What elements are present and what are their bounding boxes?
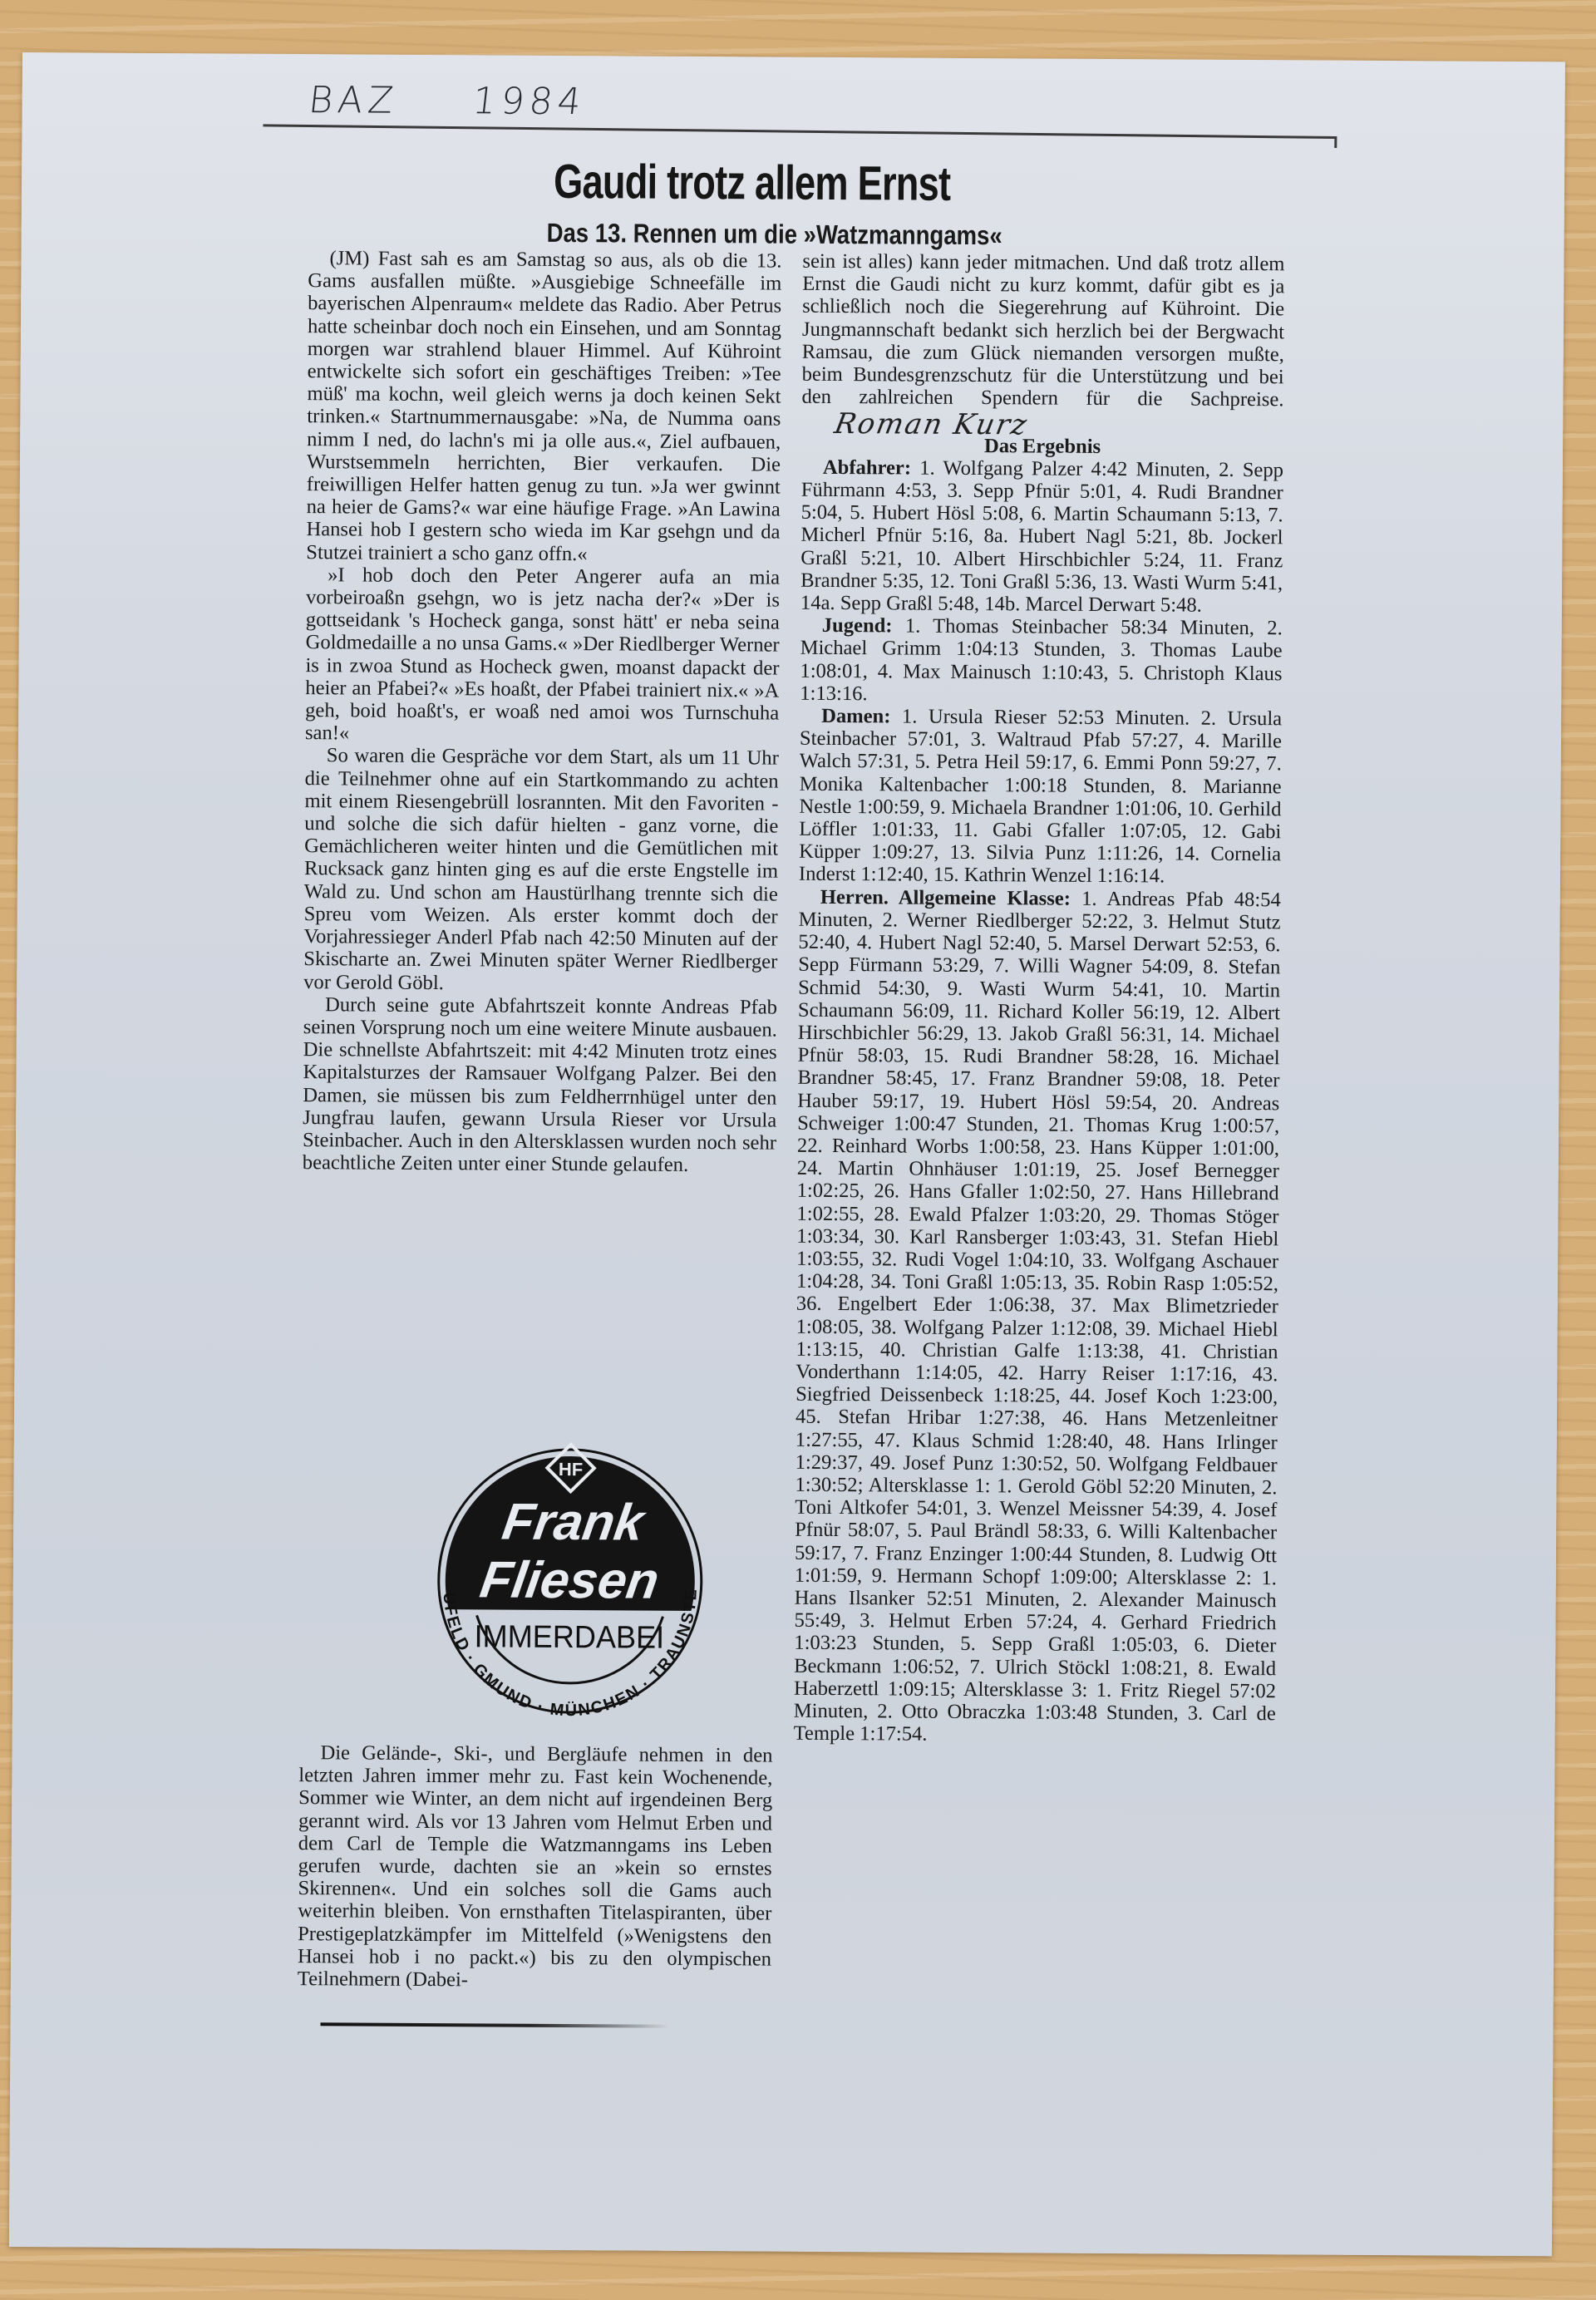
- left-column-top: (JM) Fast sah es am Samstag so aus, als …: [303, 247, 782, 1177]
- results-text: 1. Ursula Rieser 52:53 Minuten. 2. Ursul…: [799, 706, 1282, 888]
- svg-text:Frank: Frank: [499, 1494, 650, 1552]
- results-list: Abfahrer: 1. Wolfgang Palzer 4:42 Minute…: [794, 456, 1283, 1748]
- paragraph: (JM) Fast sah es am Samstag so aus, als …: [306, 247, 781, 566]
- article-headline: Gaudi trotz allem Ernst: [554, 154, 951, 212]
- right-column: sein ist alles) kann jeder mitmachen. Un…: [794, 250, 1285, 1748]
- handwritten-note: BAZ1984: [307, 79, 589, 123]
- svg-text:IMMERDABEI: IMMERDABEI: [474, 1618, 664, 1654]
- results-text: 1. Andreas Pfab 48:54 Minuten, 2. Werner…: [794, 887, 1281, 1745]
- handwritten-source: BAZ: [307, 79, 401, 122]
- paragraph: Durch seine gute Abfahrtszeit konnte And…: [303, 993, 777, 1177]
- results-category: Jugend:: [822, 614, 905, 638]
- article-subheadline: Das 13. Rennen um die »Watzmanngams«: [547, 218, 1002, 251]
- paragraph: So waren die Gespräche vor dem Start, al…: [303, 745, 779, 997]
- results-category: Damen:: [821, 705, 902, 728]
- author-signature: Roman Kurz: [833, 413, 1030, 437]
- results-category: Herren. Allgemeine Klasse:: [820, 886, 1081, 910]
- paragraph-intro: sein ist alles) kann jeder mitmachen. Un…: [801, 250, 1284, 436]
- newspaper-clipping: BAZ1984 Gaudi trotz allem Ernst Das 13. …: [9, 52, 1565, 2256]
- paragraph: »I hob doch den Peter Angerer aufa an mi…: [305, 564, 780, 747]
- results-category: Abfahrer:: [823, 456, 919, 480]
- results-paragraph: Abfahrer: 1. Wolfgang Palzer 4:42 Minute…: [800, 456, 1283, 618]
- bottom-divider-line: [321, 2022, 670, 2028]
- handwritten-year: 1984: [470, 80, 589, 123]
- left-column-bottom: Die Gelände-, Ski-, und Bergläufe nehmen…: [298, 1741, 773, 1993]
- frank-fliesen-logo: HF Frank Fliesen IMMERDABEI NEUFELD · GM…: [403, 1422, 737, 1723]
- intro-text: sein ist alles) kann jeder mitmachen. Un…: [801, 250, 1284, 411]
- top-divider-line: [263, 124, 1335, 139]
- results-paragraph: Herren. Allgemeine Klasse: 1. Andreas Pf…: [794, 885, 1281, 1747]
- results-paragraph: Damen: 1. Ursula Rieser 52:53 Minuten. 2…: [799, 705, 1282, 889]
- paragraph: Die Gelände-, Ski-, und Bergläufe nehmen…: [298, 1741, 773, 1993]
- svg-text:Fliesen: Fliesen: [476, 1552, 663, 1610]
- results-text: 1. Wolfgang Palzer 4:42 Minuten, 2. Sepp…: [800, 456, 1283, 616]
- results-paragraph: Jugend: 1. Thomas Steinbacher 58:34 Minu…: [800, 614, 1283, 707]
- svg-text:HF: HF: [559, 1459, 583, 1480]
